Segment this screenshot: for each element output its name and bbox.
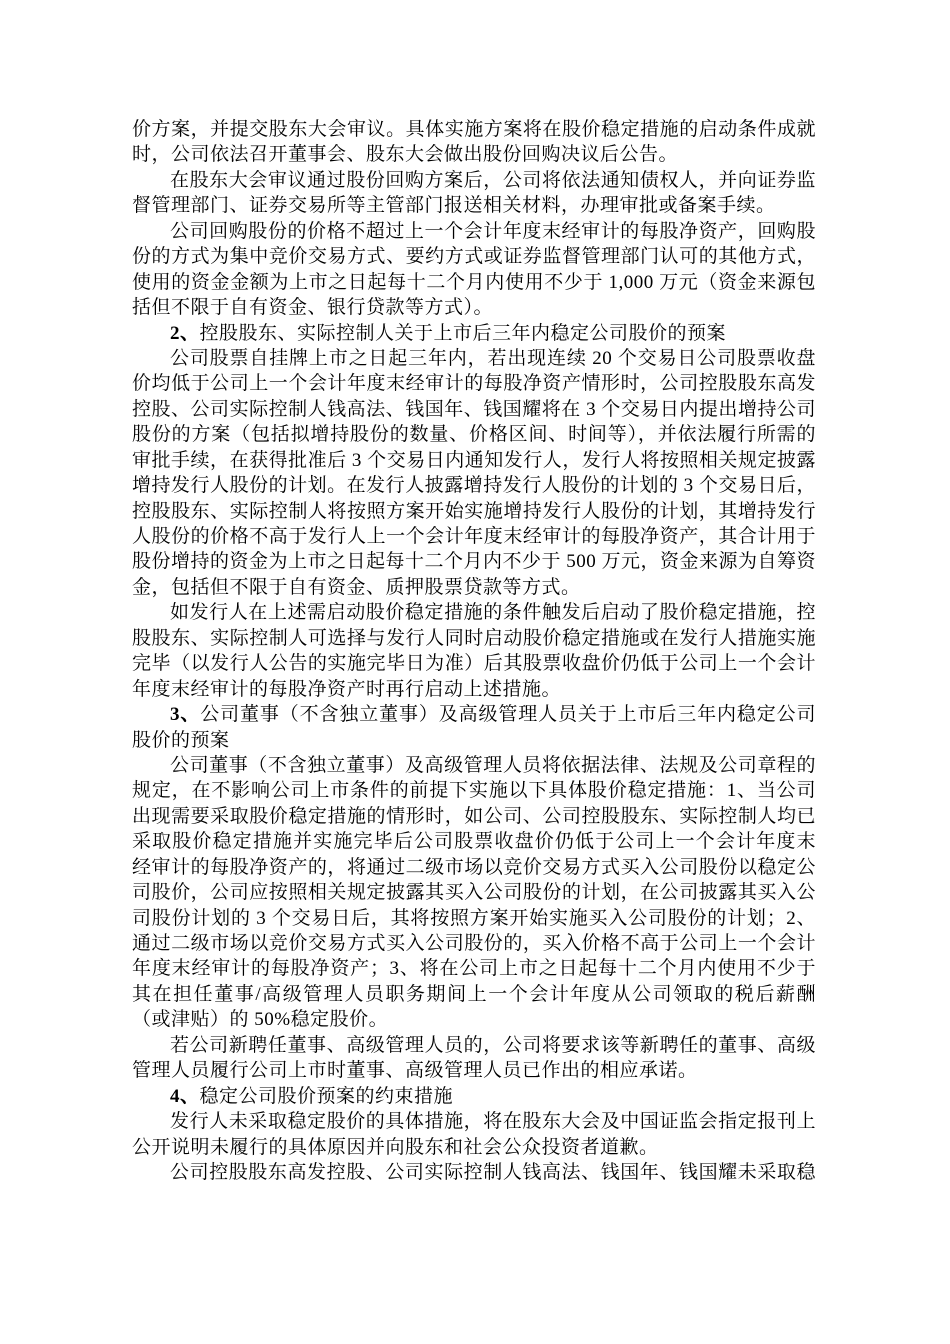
text-line: 公司董事（不含独立董事）及高级管理人员将依据法律、法规及公司章程的 — [132, 753, 816, 778]
text-line: 股价的预案 — [132, 728, 816, 753]
body-paragraph: 发行人未采取稳定股价的具体措施，将在股东大会及中国证监会指定报刊上公开说明未履行… — [132, 1109, 816, 1160]
text-line: 股份增持的资金为上市之日起每十二个月内不少于 500 万元，资金来源为自筹资 — [132, 549, 816, 574]
text-line: 其在担任董事/高级管理人员职务期间上一个会计年度从公司领取的税后薪酬 — [132, 982, 816, 1007]
text-line: 份的方式为集中竞价交易方式、要约方式或证券监督管理部门认可的其他方式， — [132, 244, 816, 269]
body-paragraph: 如发行人在上述需启动股价稳定措施的条件触发后启动了股价稳定措施，控股股东、实际控… — [132, 600, 816, 702]
text-line: 审批手续，在获得批准后 3 个交易日内通知发行人，发行人将按照相关规定披露 — [132, 448, 816, 473]
text-line: 增持发行人股份的计划。在发行人披露增持发行人股份的计划的 3 个交易日后， — [132, 473, 816, 498]
text-line: 年度末经审计的每股净资产；3、将在公司上市之日起每十二个月内使用不少于 — [132, 956, 816, 981]
text-line: （或津贴）的 50%稳定股价。 — [132, 1007, 816, 1032]
document-text-block: 价方案，并提交股东大会审议。具体实施方案将在股价稳定措施的启动条件成就时，公司依… — [132, 117, 816, 1185]
text-line: 发行人未采取稳定股价的具体措施，将在股东大会及中国证监会指定报刊上 — [132, 1109, 816, 1134]
text-line: 管理人员履行公司上市时董事、高级管理人员已作出的相应承诺。 — [132, 1058, 816, 1083]
body-paragraph: 若公司新聘任董事、高级管理人员的，公司将要求该等新聘任的董事、高级管理人员履行公… — [132, 1033, 816, 1084]
text-line: 4、稳定公司股价预案的约束措施 — [132, 1084, 816, 1109]
text-line: 股股东、实际控制人可选择与发行人同时启动股价稳定措施或在发行人措施实施 — [132, 626, 816, 651]
text-line: 司股份计划的 3 个交易日后，其将按照方案开始实施买入公司股份的计划；2、 — [132, 906, 816, 931]
text-line: 若公司新聘任董事、高级管理人员的，公司将要求该等新聘任的董事、高级 — [132, 1033, 816, 1058]
section-heading: 2、控股股东、实际控制人关于上市后三年内稳定公司股价的预案 — [132, 321, 816, 346]
text-line: 股份的方案（包括拟增持股份的数量、价格区间、时间等），并依法履行所需的 — [132, 422, 816, 447]
text-line: 司股价，公司应按照相关规定披露其买入公司股份的计划，在公司披露其买入公 — [132, 880, 816, 905]
text-line: 经审计的每股净资产的，将通过二级市场以竞价交易方式买入公司股份以稳定公 — [132, 855, 816, 880]
text-line: 如发行人在上述需启动股价稳定措施的条件触发后启动了股价稳定措施，控 — [132, 600, 816, 625]
text-line: 公司控股股东高发控股、公司实际控制人钱高法、钱国年、钱国耀未采取稳 — [132, 1160, 816, 1185]
text-line: 使用的资金金额为上市之日起每十二个月内使用不少于 1,000 万元（资金来源包 — [132, 270, 816, 295]
text-line: 督管理部门、证券交易所等主管部门报送相关材料，办理审批或备案手续。 — [132, 193, 816, 218]
text-line: 完毕（以发行人公告的实施完毕日为准）后其股票收盘价仍低于公司上一个会计 — [132, 651, 816, 676]
body-paragraph: 价方案，并提交股东大会审议。具体实施方案将在股价稳定措施的启动条件成就时，公司依… — [132, 117, 816, 168]
body-paragraph: 公司控股股东高发控股、公司实际控制人钱高法、钱国年、钱国耀未采取稳 — [132, 1160, 816, 1185]
text-line: 采取股价稳定措施并实施完毕后公司股票收盘价仍低于公司上一个会计年度末 — [132, 829, 816, 854]
text-line: 人股份的价格不高于发行人上一个会计年度末经审计的每股净资产，其合计用于 — [132, 524, 816, 549]
section-heading: 4、稳定公司股价预案的约束措施 — [132, 1084, 816, 1109]
text-line: 公司回购股份的价格不超过上一个会计年度末经审计的每股净资产，回购股 — [132, 219, 816, 244]
text-line: 时，公司依法召开董事会、股东大会做出股份回购决议后公告。 — [132, 142, 816, 167]
text-line: 通过二级市场以竞价交易方式买入公司股份的，买入价格不高于公司上一个会计 — [132, 931, 816, 956]
text-line: 2、控股股东、实际控制人关于上市后三年内稳定公司股价的预案 — [132, 321, 816, 346]
text-line: 括但不限于自有资金、银行贷款等方式）。 — [132, 295, 816, 320]
body-paragraph: 在股东大会审议通过股份回购方案后，公司将依法通知债权人，并向证券监督管理部门、证… — [132, 168, 816, 219]
body-paragraph: 公司回购股份的价格不超过上一个会计年度末经审计的每股净资产，回购股份的方式为集中… — [132, 219, 816, 321]
text-line: 控股、公司实际控制人钱高法、钱国年、钱国耀将在 3 个交易日内提出增持公司 — [132, 397, 816, 422]
text-line: 规定，在不影响公司上市条件的前提下实施以下具体股价稳定措施：1、当公司 — [132, 778, 816, 803]
text-line: 年度末经审计的每股净资产时再行启动上述措施。 — [132, 677, 816, 702]
text-line: 金，包括但不限于自有资金、质押股票贷款等方式。 — [132, 575, 816, 600]
text-line: 在股东大会审议通过股份回购方案后，公司将依法通知债权人，并向证券监 — [132, 168, 816, 193]
text-line: 出现需要采取股价稳定措施的情形时，如公司、公司控股股东、实际控制人均已 — [132, 804, 816, 829]
text-line: 3、公司董事（不含独立董事）及高级管理人员关于上市后三年内稳定公司 — [132, 702, 816, 727]
text-line: 价方案，并提交股东大会审议。具体实施方案将在股价稳定措施的启动条件成就 — [132, 117, 816, 142]
text-line: 公开说明未履行的具体原因并向股东和社会公众投资者道歉。 — [132, 1135, 816, 1160]
text-line: 价均低于公司上一个会计年度末经审计的每股净资产情形时，公司控股股东高发 — [132, 371, 816, 396]
body-paragraph: 公司股票自挂牌上市之日起三年内，若出现连续 20 个交易日公司股票收盘价均低于公… — [132, 346, 816, 600]
text-line: 公司股票自挂牌上市之日起三年内，若出现连续 20 个交易日公司股票收盘 — [132, 346, 816, 371]
body-paragraph: 公司董事（不含独立董事）及高级管理人员将依据法律、法规及公司章程的规定，在不影响… — [132, 753, 816, 1033]
text-line: 控股股东、实际控制人将按照方案开始实施增持发行人股份的计划，其增持发行 — [132, 499, 816, 524]
section-heading: 3、公司董事（不含独立董事）及高级管理人员关于上市后三年内稳定公司股价的预案 — [132, 702, 816, 753]
document-page: 价方案，并提交股东大会审议。具体实施方案将在股价稳定措施的启动条件成就时，公司依… — [0, 0, 950, 1344]
